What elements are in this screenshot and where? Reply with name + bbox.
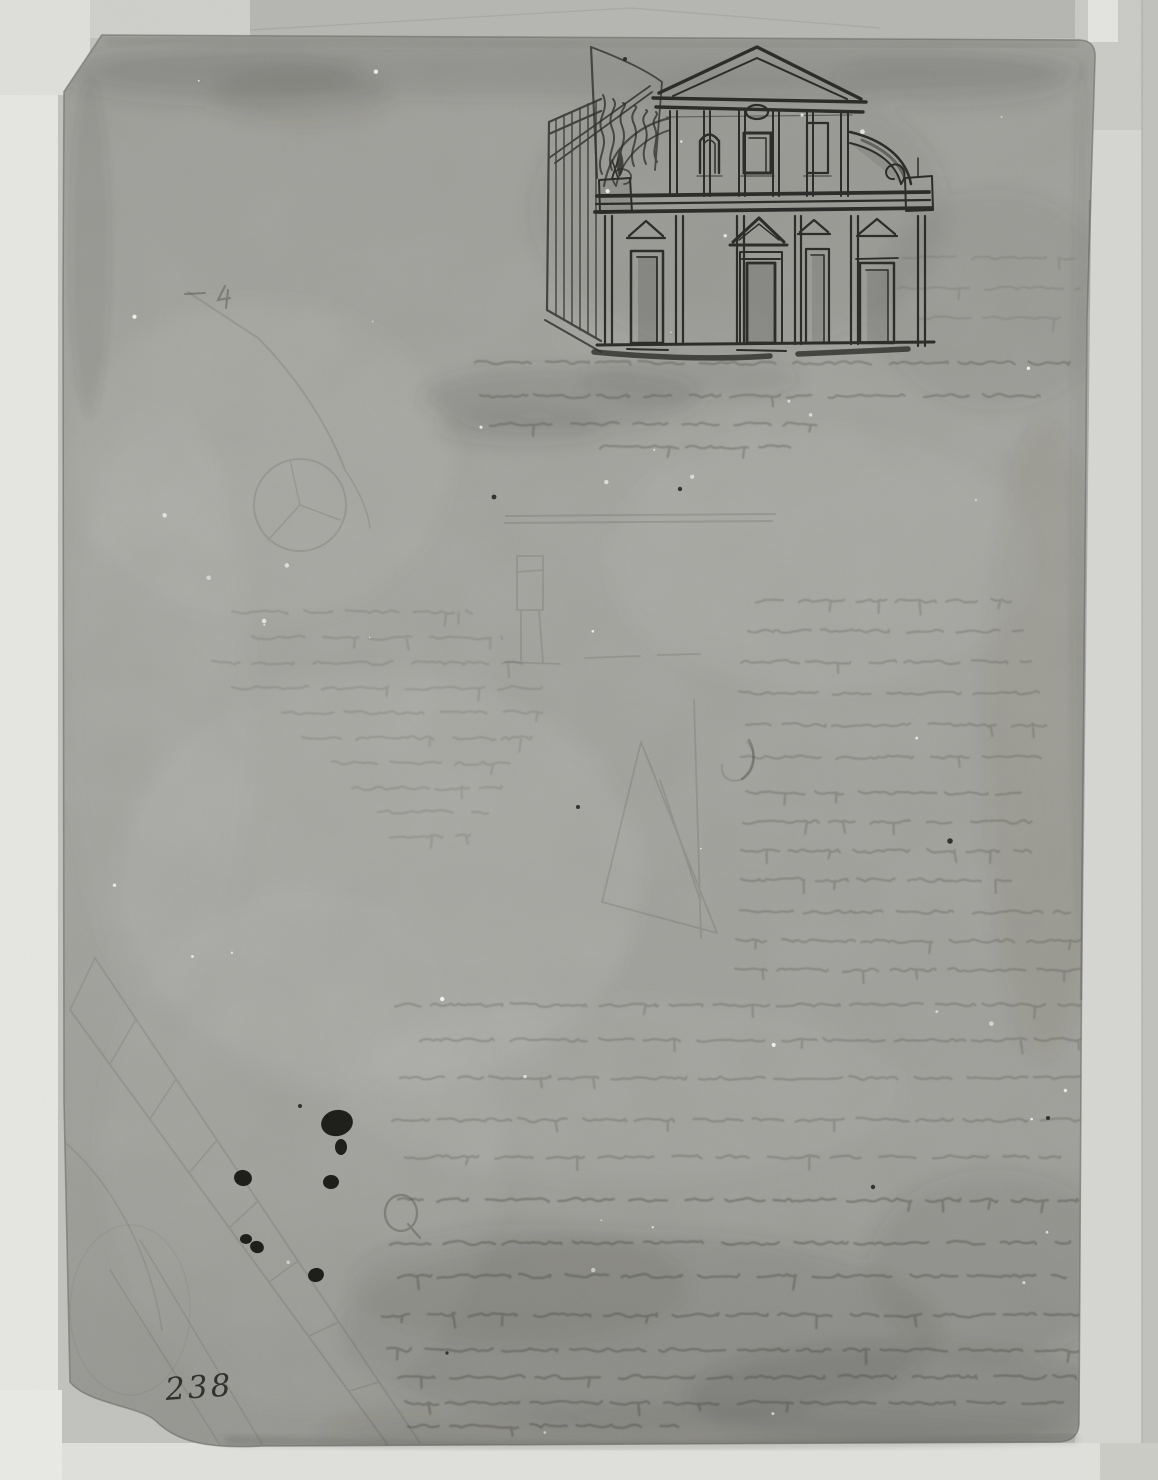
photo-grain-light (0, 0, 1158, 1480)
manuscript-canvas: 238 (0, 0, 1158, 1480)
manuscript-photo: 238 (0, 0, 1158, 1480)
